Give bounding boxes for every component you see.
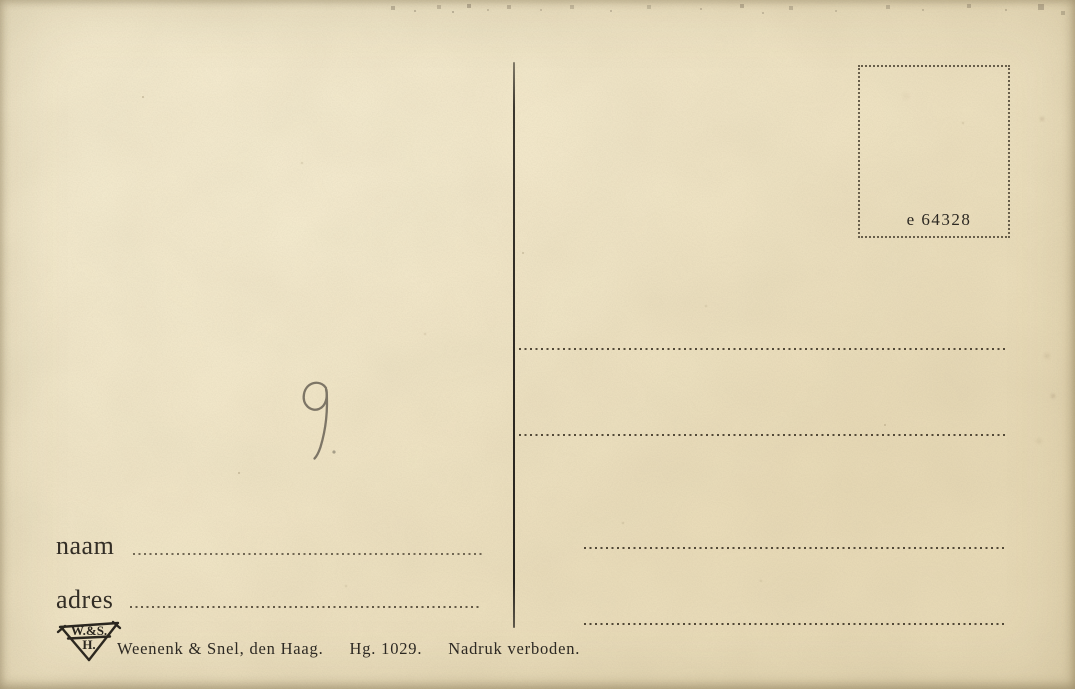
address-dotted-line-3 [584, 547, 1004, 549]
address-label: adres [56, 585, 113, 615]
handwritten-number: 9. [290, 372, 350, 462]
imprint-publisher: Weenenk & Snel, den Haag. [117, 639, 324, 658]
imprint-copyright-notice: Nadruk verboden. [448, 639, 580, 658]
logo-initials-bottom: H. [82, 637, 95, 652]
postcard-back: e 64328 naam adres 9. W.&S. H. Weenenk &… [0, 0, 1075, 689]
divider-line [513, 62, 515, 628]
address-dotted-line-4 [584, 623, 1004, 625]
foxing-specks [0, 0, 2, 2]
top-edge-marks [0, 0, 2, 2]
stamp-box: e 64328 [858, 65, 1010, 238]
address-dotted-line-left [130, 606, 480, 608]
handwritten-period [332, 450, 335, 453]
imprint-line: Weenenk & Snel, den Haag.Hg. 1029.Nadruk… [117, 639, 580, 659]
name-label: naam [56, 531, 114, 561]
address-dotted-line-2 [519, 434, 1006, 436]
logo-initials-top: W.&S. [71, 623, 107, 638]
stamp-code: e 64328 [860, 210, 1008, 230]
publisher-logo-icon: W.&S. H. [57, 618, 121, 664]
imprint-series-number: Hg. 1029. [350, 639, 423, 658]
address-dotted-line-1 [519, 348, 1006, 350]
name-dotted-line [133, 553, 482, 555]
